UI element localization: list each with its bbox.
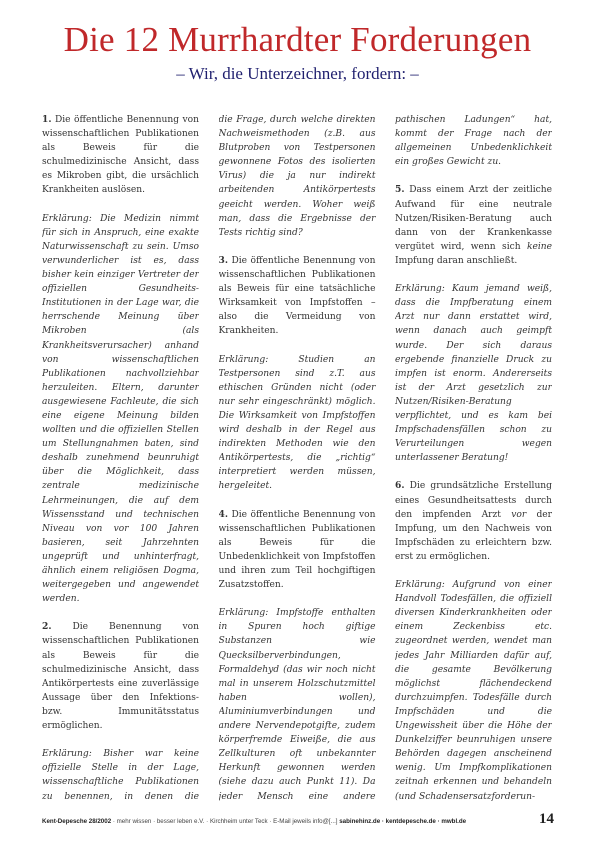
footer-text: Kent-Depesche 28/2002 · mehr wissen · be… <box>42 818 466 825</box>
demand-1: 1. Die öffentliche Benennung von wissens… <box>42 113 199 198</box>
explanation-2-continued: die Frage, durch welche direkten Nachwei… <box>219 113 376 240</box>
demand-2: 2. Die Benennung von wissenschaftlichen … <box>42 620 199 733</box>
explanation-6: Erklärung: Aufgrund von einer Handvoll T… <box>395 578 552 803</box>
footer-websites: sabinehinz.de · kentdepesche.de · mwbl.d… <box>339 818 466 825</box>
demand-text: Die öffentliche Benennung von wissenscha… <box>219 510 376 590</box>
demand-number: 5. <box>395 184 405 195</box>
demand-number: 4. <box>219 509 229 520</box>
column-1: 1. Die öffentliche Benennung von wissens… <box>42 113 199 803</box>
demand-6: 6. Die grundsätzliche Erstellung eines G… <box>395 479 552 564</box>
explanation-1: Erklärung: Die Medizin nimmt für sich in… <box>42 212 199 607</box>
page-footer: Kent-Depesche 28/2002 · mehr wissen · be… <box>42 811 554 828</box>
page-title: Die 12 Murrhardter Forderungen <box>0 20 595 60</box>
demand-number: 3. <box>219 255 229 266</box>
demand-5: 5. Dass einem Arzt der zeitliche Aufwand… <box>395 183 552 268</box>
explanation-5: Erklärung: Kaum jemand weiß, dass die Im… <box>395 282 552 465</box>
explanation-4-continued: pathischen Ladungen“ hat, kommt der Frag… <box>395 113 552 169</box>
demand-number: 6. <box>395 480 405 491</box>
explanation-3: Erklärung: Studien an Testpersonen sind … <box>219 353 376 494</box>
column-2: die Frage, durch welche direkten Nachwei… <box>219 113 376 803</box>
demand-text: Die öffentliche Benennung von wissenscha… <box>219 256 376 336</box>
demand-4: 4. Die öffentliche Benennung von wissens… <box>219 508 376 593</box>
publication-name: Kent-Depesche 28/2002 <box>42 818 111 825</box>
explanation-4: Erklärung: Impfstoffe enthalten in Spure… <box>219 606 376 803</box>
page-number: 14 <box>539 811 554 828</box>
explanation-2: Erklärung: Bisher war keine offizielle S… <box>42 747 199 803</box>
column-3: pathischen Ladungen“ hat, kommt der Frag… <box>395 113 552 803</box>
demand-number: 2. <box>42 621 52 632</box>
footer-middle: · mehr wissen · besser leben e.V. · Kirc… <box>111 818 339 825</box>
demand-text: Die öffentliche Benennung von wissenscha… <box>42 115 199 195</box>
demand-number: 1. <box>42 114 52 125</box>
demand-text: Die Benennung von wissenschaftlichen Pub… <box>42 622 199 731</box>
demand-text: Impfung daran anschließt. <box>395 256 517 266</box>
page-subtitle: – Wir, die Unterzeichner, fordern: – <box>0 64 595 84</box>
article-columns: 1. Die öffentliche Benennung von wissens… <box>42 113 552 803</box>
demand-3: 3. Die öffentliche Benennung von wissens… <box>219 254 376 339</box>
demand-emphasis: keine <box>527 242 552 252</box>
demand-emphasis: vor <box>511 510 526 520</box>
